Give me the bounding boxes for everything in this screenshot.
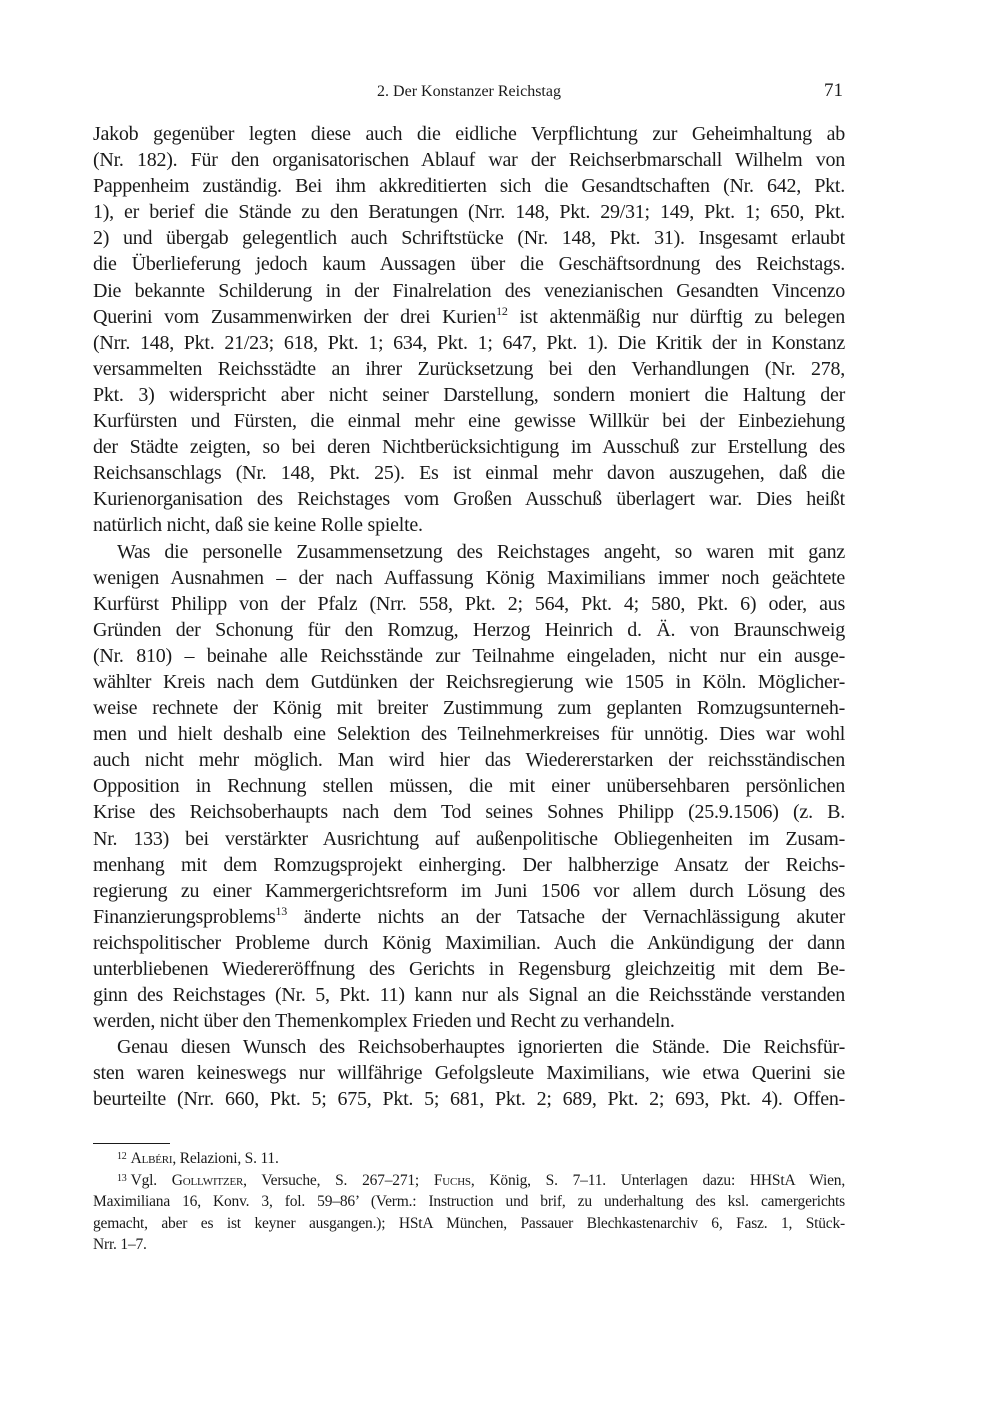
footnote-mark: 12 bbox=[117, 1151, 127, 1162]
text-line: Krise des Reichsoberhaupts nach dem Tod … bbox=[93, 799, 845, 825]
footnote-author: Fuchs bbox=[434, 1172, 471, 1189]
text-line: auch nicht mehr möglich. Man wird hier d… bbox=[93, 747, 845, 773]
text-line: ginn des Reichstages (Nr. 5, Pkt. 11) ka… bbox=[93, 982, 845, 1008]
text-line: Opposition in Rechnung stellen müssen, d… bbox=[93, 773, 845, 799]
text-line: Querini vom Zusammenwirken der drei Kuri… bbox=[93, 304, 845, 330]
text-line: Nr. 133) bei verstärkter Ausrichtung auf… bbox=[93, 826, 845, 852]
text-span: Querini vom Zusammenwirken der drei Kuri… bbox=[93, 306, 496, 328]
text-span: ist aktenmäßig nur dürftig zu belegen bbox=[508, 306, 845, 328]
text-line: natürlich nicht, daß sie keine Rolle spi… bbox=[93, 512, 845, 538]
page-number: 71 bbox=[824, 80, 843, 102]
footnote-line: gemacht, aber es ist keyner ausgangen.);… bbox=[93, 1213, 845, 1235]
footnote-line: Maximiliana 16, Konv. 3, fol. 59–86’ (Ve… bbox=[93, 1191, 845, 1213]
footnote-ref-12[interactable]: 12 bbox=[496, 304, 508, 318]
footnote-ref-13[interactable]: 13 bbox=[276, 904, 288, 918]
text-line: men und hielt deshalb eine Selektion des… bbox=[93, 721, 845, 747]
text-line: Kurienorganisation des Reichstages vom G… bbox=[93, 486, 845, 512]
text-line: Die bekannte Schilderung in der Finalrel… bbox=[93, 278, 845, 304]
footnote-line: Nrr. 1–7. bbox=[93, 1234, 845, 1256]
footnote-text: , König, S. 7–11. Unterlagen dazu: HHStA… bbox=[471, 1172, 845, 1189]
text-line: Kurfürsten und Fürsten, die einmal mehr … bbox=[93, 408, 845, 434]
text-line: Jakob gegenüber legten diese auch die ei… bbox=[93, 121, 845, 147]
text-line: Pkt. 3) widerspricht aber nicht seiner D… bbox=[93, 382, 845, 408]
text-line: regierung zu einer Kammergerichtsreform … bbox=[93, 878, 845, 904]
text-line: (Nrr. 148, Pkt. 21/23; 618, Pkt. 1; 634,… bbox=[93, 330, 845, 356]
running-title: 2. Der Konstanzer Reichstag bbox=[93, 83, 845, 101]
text-span: Finanzierungsproblems bbox=[93, 906, 276, 928]
footnote-12: 12Albéri, Relazioni, S. 11. bbox=[93, 1148, 845, 1170]
footnote-author: Gollwitzer bbox=[172, 1172, 243, 1189]
text-line: Kurfürst Philipp von der Pfalz (Nrr. 558… bbox=[93, 591, 845, 617]
text-line: unterbliebenen Wiedereröffnung des Geric… bbox=[93, 956, 845, 982]
text-line: sten waren keineswegs nur willfährige Ge… bbox=[93, 1060, 845, 1086]
footnote-text: Vgl. bbox=[131, 1172, 172, 1189]
text-line: 2) und übergab gelegentlich auch Schrift… bbox=[93, 225, 845, 251]
body-text: Jakob gegenüber legten diese auch die ei… bbox=[93, 121, 845, 1113]
footnotes: 12Albéri, Relazioni, S. 11. 13Vgl. Gollw… bbox=[93, 1148, 845, 1256]
text-line: (Nr. 810) – beinahe alle Reichsstände zu… bbox=[93, 643, 845, 669]
footnote-separator bbox=[93, 1143, 170, 1144]
text-line: die Überlieferung jedoch kaum Aussagen ü… bbox=[93, 251, 845, 277]
text-line: Gründen der Schonung für den Romzug, Her… bbox=[93, 617, 845, 643]
text-line: (Nr. 182). Für den organisatorischen Abl… bbox=[93, 147, 845, 173]
text-line: beurteilte (Nrr. 660, Pkt. 5; 675, Pkt. … bbox=[93, 1086, 845, 1112]
text-line: versammelten Reichsstädte an ihrer Zurüc… bbox=[93, 356, 845, 382]
text-line: Was die personelle Zusammensetzung des R… bbox=[93, 539, 845, 565]
text-line: Finanzierungsproblems13 änderte nichts a… bbox=[93, 904, 845, 930]
text-line: Reichsanschlags (Nr. 148, Pkt. 25). Es i… bbox=[93, 460, 845, 486]
footnote-text: , Relazioni, S. 11. bbox=[172, 1150, 278, 1167]
text-line: wenigen Ausnahmen – der nach Auffassung … bbox=[93, 565, 845, 591]
footnote-text: , Versuche, S. 267–271; bbox=[243, 1172, 434, 1189]
text-line: 1), er berief die Stände zu den Beratung… bbox=[93, 199, 845, 225]
text-line: reichspolitischer Probleme durch König M… bbox=[93, 930, 845, 956]
text-line: wählter Kreis nach dem Gutdünken der Rei… bbox=[93, 669, 845, 695]
footnote-author: Albéri bbox=[131, 1150, 173, 1167]
page-header: 2. Der Konstanzer Reichstag 71 bbox=[93, 80, 845, 106]
text-line: Pappenheim zuständig. Bei ihm akkreditie… bbox=[93, 173, 845, 199]
text-span: änderte nichts an der Tatsache der Verna… bbox=[287, 906, 845, 928]
text-line: Genau diesen Wunsch des Reichsoberhaupte… bbox=[93, 1034, 845, 1060]
footnote-mark: 13 bbox=[117, 1173, 127, 1184]
text-line: weise rechnete der König mit breiter Zus… bbox=[93, 695, 845, 721]
text-line: werden, nicht über den Themenkomplex Fri… bbox=[93, 1008, 845, 1034]
text-line: der Städte zeigten, so bei deren Nichtbe… bbox=[93, 434, 845, 460]
text-line: menhang mit dem Romzugsprojekt einhergin… bbox=[93, 852, 845, 878]
footnote-13: 13Vgl. Gollwitzer, Versuche, S. 267–271;… bbox=[93, 1170, 845, 1192]
